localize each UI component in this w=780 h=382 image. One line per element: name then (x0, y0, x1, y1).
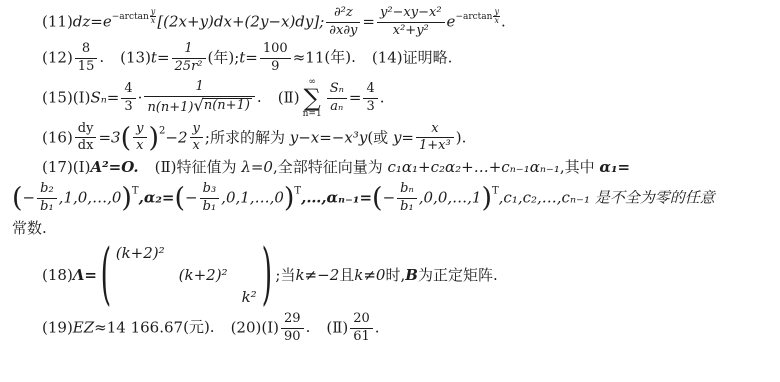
sqrt-radical: √n(n+1) (194, 98, 252, 114)
math-text: ,α₂= (139, 189, 175, 207)
math-text: [(2x+y)dx+(2y−x)dy]; (157, 12, 324, 30)
math-text: k≠0 (354, 265, 385, 287)
fraction-numerator: Sₙ (327, 82, 347, 99)
math-text: − (383, 189, 396, 207)
fraction-numerator: y (133, 122, 146, 139)
fraction-denominator: b₁ (200, 199, 220, 215)
answer-line-15: (15)(Ⅰ)Sₙ=43·1n(n+1)√n(n+1).(Ⅱ)∞∑n=1Sₙaₙ… (12, 78, 768, 119)
fraction-denominator: x (190, 138, 203, 154)
fraction-numerator: y²−xy−x² (377, 6, 445, 23)
math-text: ,0,1,…,0 (221, 189, 284, 207)
fraction: yx (133, 122, 146, 155)
part-label: (Ⅱ) (155, 158, 177, 176)
open-paren: ( (121, 122, 132, 153)
matrix-grid: (k+2)²(k+2)²k² (112, 243, 261, 309)
fraction-numerator: y (190, 122, 203, 139)
fraction-denominator: aₙ (327, 99, 347, 115)
fraction-denominator: b₁ (37, 199, 57, 215)
exponent: −arctanyx (455, 12, 501, 22)
fraction: 1009 (260, 42, 291, 75)
math-text: B (405, 265, 418, 287)
fraction: ∂²z∂x∂y (326, 6, 360, 39)
fraction-denominator: x (133, 138, 146, 154)
chinese-text: 时, (385, 265, 405, 287)
open-paren: ( (372, 182, 383, 213)
fraction: y²−xy−x²x²+y² (377, 6, 445, 39)
fraction: 125r² (172, 42, 206, 75)
fraction-numerator: bₙ (397, 182, 417, 199)
part-label: (Ⅱ) (326, 318, 348, 336)
close-paren: ) (284, 182, 295, 213)
item-number: (11) (42, 12, 73, 30)
fraction-numerator: 8 (75, 42, 98, 59)
transpose-superscript: T (492, 186, 499, 197)
punctuation: . (306, 318, 311, 336)
fraction-numerator: 1 (144, 80, 254, 97)
math-text: − (23, 189, 36, 207)
transpose-superscript: T (132, 186, 139, 197)
summation: ∞∑n=1 (303, 78, 322, 119)
punctuation: ). (456, 128, 467, 146)
multiplication-dot: · (138, 88, 143, 106)
math-text: ≈11 (293, 48, 325, 66)
answer-line-19-20: (19)EZ≈14 166.67(元).(20)(Ⅰ)2990.(Ⅱ)2061. (12, 312, 768, 345)
math-text: t= (151, 48, 170, 66)
chinese-text: (元). (183, 318, 214, 336)
open-paren: ( (12, 182, 23, 213)
math-text: y= (393, 128, 414, 146)
chinese-text: ,其中 (560, 158, 600, 176)
item-number: (14) (372, 48, 403, 66)
math-text: = (349, 88, 362, 106)
matrix-entry-11: (k+2)² (116, 243, 165, 265)
fraction-denominator: 1+x³ (416, 138, 454, 154)
chinese-text: ;当 (275, 265, 295, 287)
diagonal-matrix: ((k+2)²(k+2)²k²) (100, 243, 272, 309)
fraction-numerator: b₃ (200, 182, 220, 199)
chinese-text: ;所求的解为 (205, 128, 290, 146)
chinese-text: 特征值为 (177, 158, 242, 176)
fraction: 43 (121, 82, 135, 115)
chinese-text: 常数. (12, 219, 47, 237)
radicand: n(n+1) (202, 98, 252, 114)
math-text: A²=O. (90, 158, 138, 176)
math-text: λ=0 (241, 158, 273, 176)
part-label: (Ⅰ) (73, 88, 91, 106)
fraction-numerator: ∂²z (326, 6, 360, 23)
answer-line-17-continued: (−b₂b₁,1,0,…,0)T,α₂=(−b₃b₁,0,1,…,0)T,…,α… (12, 182, 768, 215)
math-text: k≠−2 (295, 265, 339, 287)
fraction: 2990 (281, 312, 304, 345)
math-text: ,c₁,c₂,…,cₙ₋₁ 是不全为零的任意 (499, 189, 715, 207)
answers-document: (11)dz=e−arctanyx[(2x+y)dx+(2y−x)dy];∂²z… (0, 0, 780, 345)
math-text: Sₙ= (90, 88, 119, 106)
punctuation: . (257, 88, 262, 106)
item-number: (19) (42, 318, 73, 336)
item-number: (12) (42, 48, 73, 66)
math-text: ,0,0,…,1 (419, 189, 482, 207)
fraction: 815 (75, 42, 98, 75)
fraction-numerator: dy (75, 122, 97, 139)
punctuation: . (375, 318, 380, 336)
math-text: Λ= (73, 265, 97, 287)
chinese-text: 为正定矩阵. (418, 265, 498, 287)
math-text: EZ (73, 318, 94, 336)
math-text: −2 (165, 128, 187, 146)
fraction-numerator: 100 (260, 42, 291, 59)
fraction-numerator: 29 (281, 312, 304, 329)
fraction-denominator: 3 (121, 99, 135, 115)
fraction: b₂b₁ (37, 182, 57, 215)
math-text: α₁= (599, 158, 630, 176)
chinese-text: (年); (208, 48, 240, 66)
sigma-symbol: ∑ (304, 87, 321, 110)
punctuation: . (380, 88, 385, 106)
math-text: t= (239, 48, 258, 66)
close-paren: ) (149, 122, 160, 153)
math-text: −arctan (455, 12, 492, 22)
math-text: ,…,αₙ₋₁= (301, 189, 372, 207)
math-text: y−x=−x³y (290, 128, 368, 146)
fraction-denominator: dx (75, 138, 97, 154)
item-number: (15) (42, 88, 73, 106)
fraction-numerator: 1 (172, 42, 206, 59)
fraction: b₃b₁ (200, 182, 220, 215)
fraction-denominator: x²+y² (377, 23, 445, 39)
fraction: bₙb₁ (397, 182, 417, 215)
answer-line-18: (18)Λ=((k+2)²(k+2)²k²);当 k≠−2 且 k≠0 时,B … (12, 243, 768, 309)
close-paren: ) (481, 182, 492, 213)
item-number: (18) (42, 265, 73, 287)
chinese-text: (或 (367, 128, 393, 146)
fraction-numerator: b₂ (37, 182, 57, 199)
math-text: c₁α₁+c₂α₂+…+cₙ₋₁αₙ₋₁ (387, 158, 559, 176)
math-text: n(n+1) (147, 100, 193, 115)
close-paren: ) (121, 182, 132, 213)
matrix-close-paren: ) (261, 227, 272, 325)
fraction: x1+x³ (416, 122, 454, 155)
fraction: 1n(n+1)√n(n+1) (144, 80, 254, 116)
fraction-denominator: 61 (350, 329, 373, 345)
item-number: (16) (42, 128, 73, 146)
chinese-text: 证明略. (403, 48, 453, 66)
answer-line-12-13-14: (12)815.(13)t=125r²(年);t=1009≈11(年).(14)… (12, 42, 768, 75)
fraction: 43 (363, 82, 377, 115)
matrix-open-paren: ( (101, 227, 112, 325)
answer-line-11: (11)dz=e−arctanyx[(2x+y)dx+(2y−x)dy];∂²z… (12, 6, 768, 39)
fraction-denominator: ∂x∂y (326, 23, 360, 39)
fraction: yx (190, 122, 203, 155)
item-number: (20) (231, 318, 262, 336)
fraction: Sₙaₙ (327, 82, 347, 115)
exponent: −arctanyx (112, 12, 158, 22)
fraction-denominator: x (150, 17, 157, 25)
part-label: (Ⅰ) (73, 158, 91, 176)
fraction-denominator: 3 (363, 99, 377, 115)
fraction-denominator: 15 (75, 59, 98, 75)
math-text: = (362, 12, 375, 30)
fraction-denominator: b₁ (397, 199, 417, 215)
open-paren: ( (175, 182, 186, 213)
chinese-text: ,全部特征向量为 (273, 158, 388, 176)
fraction: dydx (75, 122, 97, 155)
fraction-numerator: 4 (363, 82, 377, 99)
punctuation: . (99, 48, 104, 66)
fraction-numerator: 20 (350, 312, 373, 329)
fraction-denominator: 25r² (172, 59, 206, 75)
fraction-denominator: n(n+1)√n(n+1) (144, 97, 254, 116)
fraction-numerator: 4 (121, 82, 135, 99)
chinese-text: 且 (339, 265, 354, 287)
fraction: yx (493, 8, 500, 26)
fraction: 2061 (350, 312, 373, 345)
item-number: (17) (42, 158, 73, 176)
item-number: (13) (120, 48, 151, 66)
fraction-denominator: 9 (260, 59, 291, 75)
math-text: ,1,0,…,0 (59, 189, 122, 207)
fraction-denominator: x (493, 17, 500, 25)
math-text: dz=e (73, 12, 112, 30)
answer-line-17: (17)(Ⅰ)A²=O.(Ⅱ)特征值为 λ=0,全部特征向量为 c₁α₁+c₂α… (12, 157, 768, 179)
fraction-numerator: x (416, 122, 454, 139)
matrix-entry-22: (k+2)² (179, 265, 228, 287)
answer-line-16: (16)dydx=3(yx)2−2yx;所求的解为 y−x=−x³y(或 y=x… (12, 122, 768, 155)
sum-lower-limit: n=1 (303, 110, 322, 119)
part-label: (Ⅱ) (278, 88, 300, 106)
matrix-entry-33: k² (242, 287, 257, 309)
fraction: yx (150, 8, 157, 26)
answer-line-17-end: 常数. (12, 218, 768, 240)
math-text: −arctan (112, 12, 149, 22)
chinese-text: (年). (324, 48, 355, 66)
math-text: =3 (98, 128, 120, 146)
fraction-denominator: 90 (281, 329, 304, 345)
math-text: − (185, 189, 198, 207)
punctuation: . (501, 12, 506, 30)
